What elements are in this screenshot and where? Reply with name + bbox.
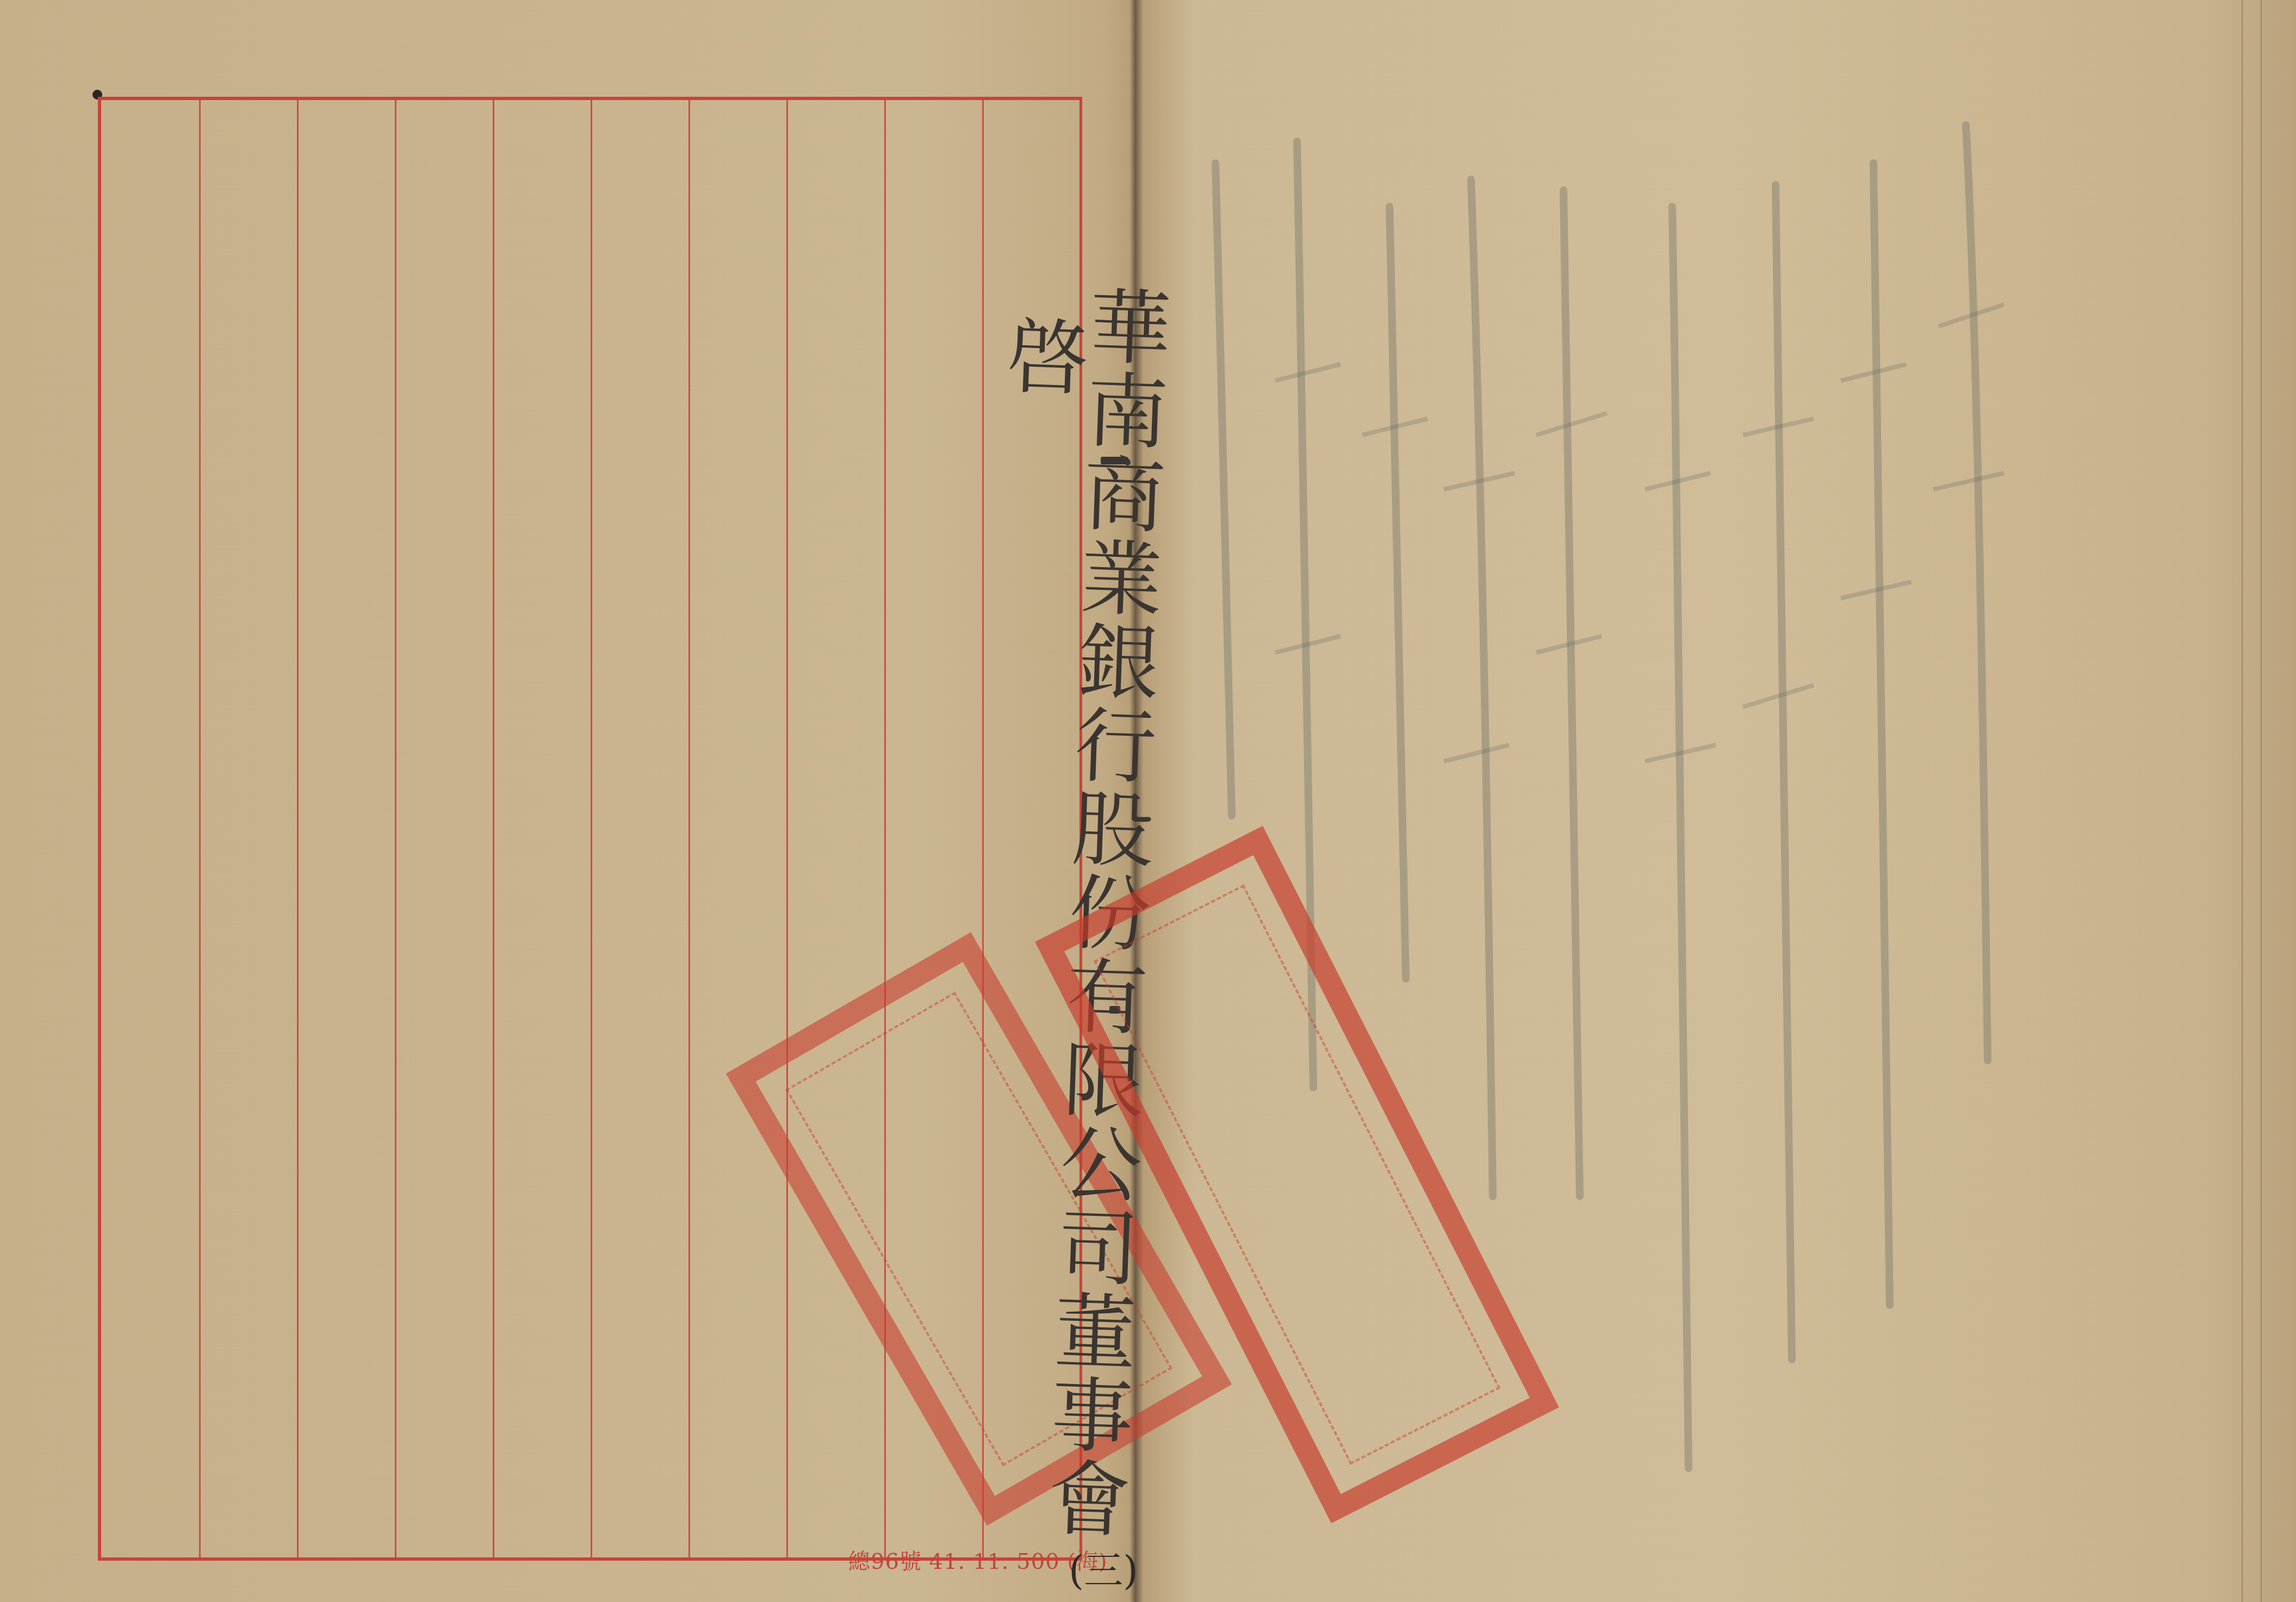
book-spread: 華南商業銀行股份有限公司董事會啓 總96號 41. 11. 500 (海) (三… <box>0 0 2296 1602</box>
column-rule <box>297 100 299 1557</box>
left-page: 華南商業銀行股份有限公司董事會啓 總96號 41. 11. 500 (海) (三… <box>0 0 1131 1602</box>
column-rule <box>688 100 690 1557</box>
column-rule <box>199 100 201 1557</box>
column-rule <box>786 100 788 1557</box>
signature-closing: 啓 <box>998 313 1082 399</box>
binding-stitch <box>1101 457 1128 464</box>
column-rule <box>395 100 396 1557</box>
column-rule <box>493 100 494 1557</box>
page-edge <box>2242 0 2243 1602</box>
page-number: (三) <box>1069 1539 1138 1595</box>
right-page <box>1134 0 2296 1602</box>
page-edge <box>2261 0 2262 1602</box>
column-rule <box>591 100 592 1557</box>
